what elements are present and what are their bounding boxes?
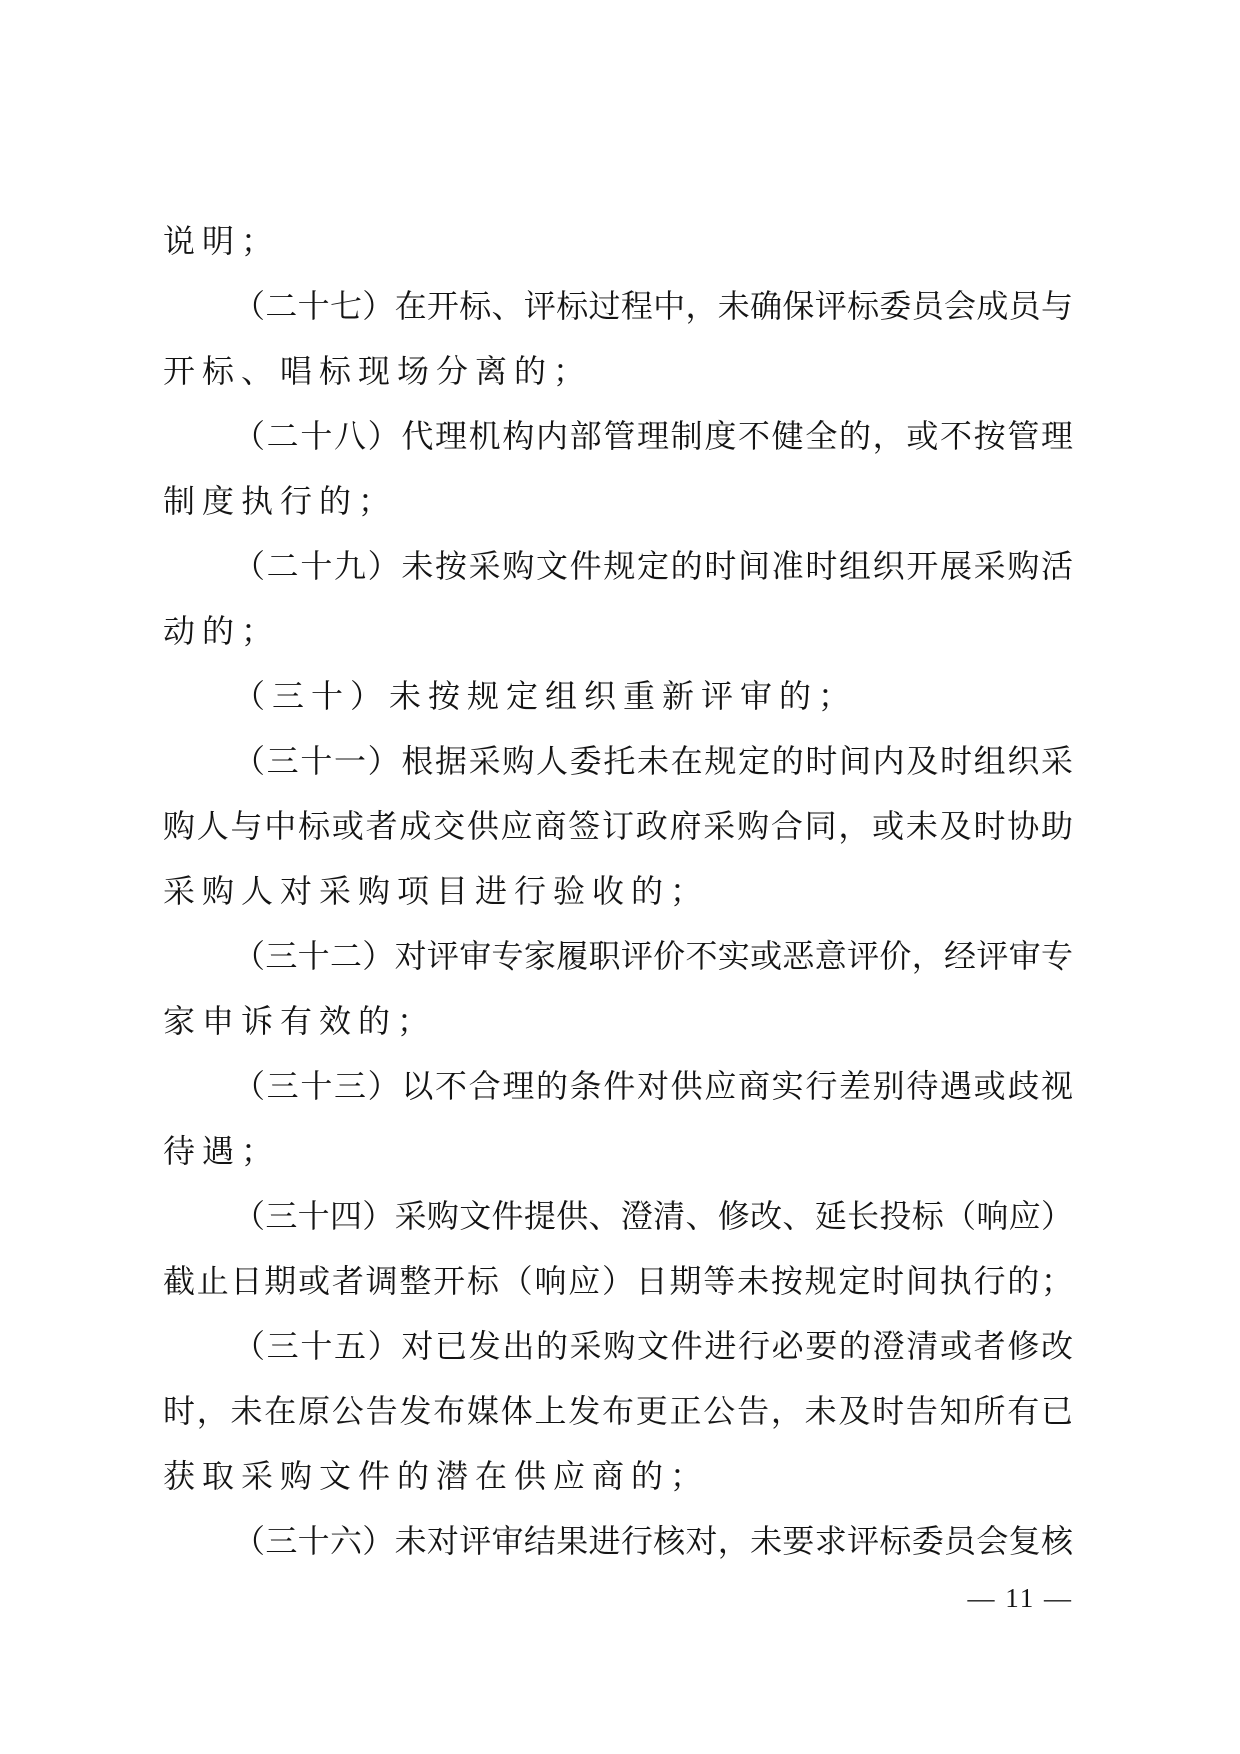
text-line: 家申诉有效的；	[163, 989, 1073, 1054]
text-line: （二十七）在开标、评标过程中，未确保评标委员会成员与	[163, 274, 1073, 339]
text-line: 采购人对采购项目进行验收的；	[163, 859, 1073, 924]
text-line: （三十五）对已发出的采购文件进行必要的澄清或者修改	[163, 1314, 1073, 1379]
text-line: 获取采购文件的潜在供应商的；	[163, 1444, 1073, 1509]
text-line: 制度执行的；	[163, 469, 1073, 534]
document-page: 说明；（二十七）在开标、评标过程中，未确保评标委员会成员与开标、唱标现场分离的；…	[0, 0, 1240, 1754]
text-line: （三十一）根据采购人委托未在规定的时间内及时组织采	[163, 729, 1073, 794]
page-number: — 11 —	[968, 1583, 1074, 1613]
text-line: （三十）未按规定组织重新评审的；	[163, 664, 1073, 729]
text-line: 说明；	[163, 209, 1073, 274]
text-line: （二十八）代理机构内部管理制度不健全的，或不按管理	[163, 404, 1073, 469]
text-line: （三十四）采购文件提供、澄清、修改、延长投标（响应）	[163, 1184, 1073, 1249]
text-line: 截止日期或者调整开标（响应）日期等未按规定时间执行的；	[163, 1249, 1073, 1314]
text-line: （三十二）对评审专家履职评价不实或恶意评价，经评审专	[163, 924, 1073, 989]
text-line: 时，未在原公告发布媒体上发布更正公告，未及时告知所有已	[163, 1379, 1073, 1444]
text-line: 购人与中标或者成交供应商签订政府采购合同，或未及时协助	[163, 794, 1073, 859]
text-line: 动的；	[163, 599, 1073, 664]
document-body: 说明；（二十七）在开标、评标过程中，未确保评标委员会成员与开标、唱标现场分离的；…	[163, 209, 1073, 1574]
text-line: （三十六）未对评审结果进行核对，未要求评标委员会复核	[163, 1509, 1073, 1574]
text-line: （三十三）以不合理的条件对供应商实行差别待遇或歧视	[163, 1054, 1073, 1119]
text-line: 待遇；	[163, 1119, 1073, 1184]
text-line: 开标、唱标现场分离的；	[163, 339, 1073, 404]
text-line: （二十九）未按采购文件规定的时间准时组织开展采购活	[163, 534, 1073, 599]
